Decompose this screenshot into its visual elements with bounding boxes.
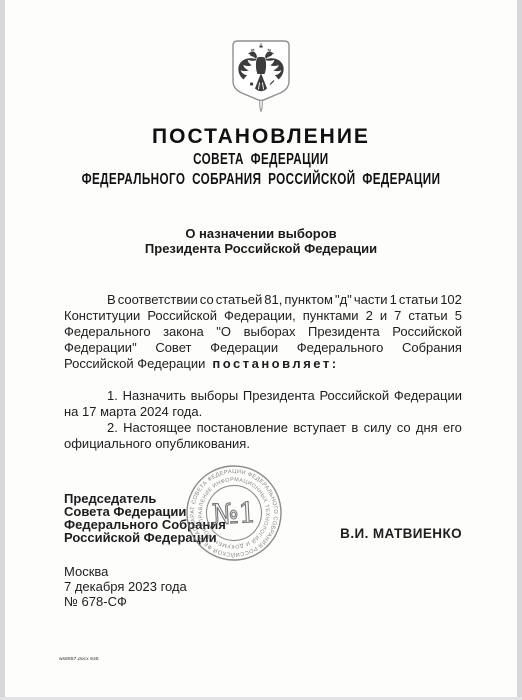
signature-block: ПредседательСовета ФедерацииФедерального… [64, 493, 462, 553]
scan-edge-left [0, 0, 5, 700]
title-federalnogo-sobraniya: ФЕДЕРАЛЬНОГО СОБРАНИЯ РОССИЙСКОЙ ФЕДЕРАЦ… [82, 170, 441, 191]
subject-line-1: О назначении выборов [0, 227, 522, 242]
subject-line-2: Президента Российской Федерации [0, 242, 522, 257]
resolve-prefix: Российской Федерации [64, 356, 205, 371]
text-line: № 678-СФ [64, 594, 187, 609]
document-body: Всоответствиисостатьей81,пунктом"д"части… [64, 292, 462, 452]
document-heading: ПОСТАНОВЛЕНИЕ СОВЕТА ФЕДЕРАЦИИ ФЕДЕРАЛЬН… [0, 124, 522, 190]
text-line: КонституцииРоссийскойФедерации,пунктами2… [64, 308, 462, 324]
text-line: официального опубликования. [64, 436, 462, 452]
text-line: 2.Настоящеепостановлениевступаетвсилусод… [64, 420, 462, 436]
place-date-number: Москва7 декабря 2023 года№ 678-СФ [64, 564, 187, 610]
text-line: Федеральногозакона"ОвыборахПрезидентаРос… [64, 324, 462, 340]
paragraph-item-2: 2.Настоящеепостановлениевступаетвсилусод… [64, 420, 462, 452]
signer-name: В.И. МАТВИЕНКО [340, 526, 462, 541]
text-line: 7 декабря 2023 года [64, 579, 187, 594]
shield-tail [260, 100, 263, 111]
text-line: Федерации"СоветФедерацииФедеральногоСобр… [64, 340, 462, 356]
text-line: Москва [64, 564, 187, 579]
paragraph-item-1: 1.НазначитьвыборыПрезидентаРоссийскойФед… [64, 388, 462, 420]
text-line: на 17 марта 2024 года. [64, 404, 462, 420]
document-subject: О назначении выборов Президента Российск… [0, 227, 522, 256]
text-line: 1.НазначитьвыборыПрезидентаРоссийскойФед… [64, 388, 462, 404]
text-line: Всоответствиисостатьей81,пунктом"д"части… [64, 292, 462, 308]
text-line: Российской Федерациипостановляет: [64, 356, 462, 372]
scan-edge-right [517, 0, 522, 700]
paragraph-preamble: Всоответствиисостатьей81,пунктом"д"части… [64, 292, 462, 372]
resolve-word: постановляет: [212, 356, 338, 371]
russian-coat-of-arms-icon [231, 40, 291, 112]
file-footnote: ws8657.docx 645 [59, 657, 99, 662]
title-postanovlenie: ПОСТАНОВЛЕНИЕ [0, 124, 522, 150]
title-soveta-federacii: СОВЕТА ФЕДЕРАЦИИ [193, 150, 329, 171]
